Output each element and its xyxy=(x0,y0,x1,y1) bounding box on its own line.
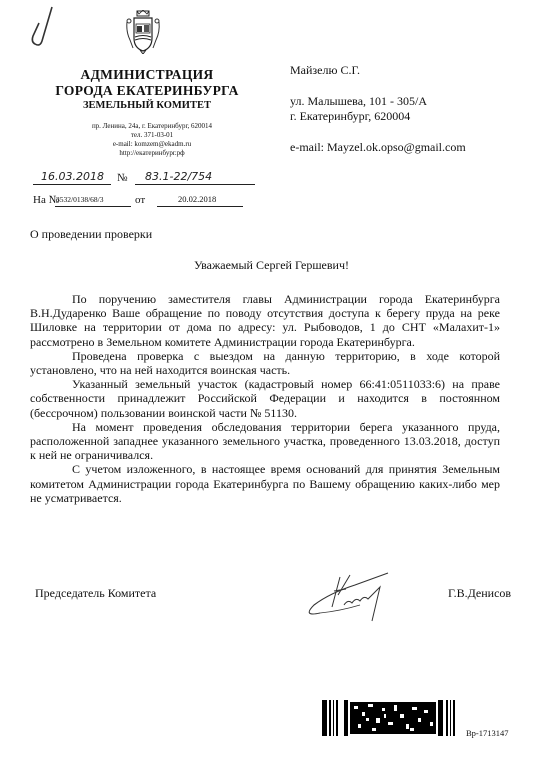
org-email: e-mail: komzem@ekadm.ru xyxy=(62,140,242,149)
ref-date: 20.02.2018 xyxy=(178,194,216,204)
body-paragraph: Проведена проверка с выездом на данную т… xyxy=(30,349,500,377)
outgoing-date: 16.03.2018 xyxy=(41,170,104,183)
recipient-email: e-mail: Mayzel.ok.opso@gmail.com xyxy=(290,140,466,155)
document-id: Вр-1713147 xyxy=(466,728,509,738)
pdf417-barcode-icon xyxy=(322,700,464,736)
signer-name: Г.В.Денисов xyxy=(448,586,511,601)
number-label: № xyxy=(117,172,128,184)
org-phone: тел. 371-03-01 xyxy=(62,131,242,140)
body-paragraph: На момент проведения обследования террит… xyxy=(30,420,500,463)
outgoing-registration-row: 16.03.2018 № 83.1-22/754 xyxy=(33,170,273,188)
department-name: ЗЕМЕЛЬНЫЙ КОМИТЕТ xyxy=(62,100,232,111)
reference-registration-row: На № 3532/0138/68/3 от 20.02.2018 xyxy=(33,192,273,210)
ref-from-label: от xyxy=(135,194,145,206)
city-coat-of-arms-icon xyxy=(125,10,161,54)
paperclip-mark-icon xyxy=(30,5,60,51)
handwritten-signature-icon xyxy=(300,565,420,625)
body-paragraph: Указанный земельный участок (кадастровый… xyxy=(30,377,500,420)
recipient-street: ул. Малышева, 101 - 305/А xyxy=(290,94,427,109)
org-address: пр. Ленина, 24а, г. Екатеринбург, 620014 xyxy=(62,122,242,131)
letter-body: По поручению заместителя главы Администр… xyxy=(30,292,500,505)
body-paragraph: По поручению заместителя главы Администр… xyxy=(30,292,500,349)
body-paragraph: С учетом изложенного, в настоящее время … xyxy=(30,462,500,505)
ref-number: 3532/0138/68/3 xyxy=(56,195,104,204)
org-website: http://екатеринбург.рф xyxy=(62,149,242,158)
letter-subject: О проведении проверки xyxy=(30,227,152,242)
org-name-line1: АДМИНИСТРАЦИЯ xyxy=(62,67,232,83)
recipient-name: Майзелю С.Г. xyxy=(290,63,360,78)
org-name-line2: ГОРОДА ЕКАТЕРИНБУРГА xyxy=(50,83,244,99)
outgoing-number: 83.1-22/754 xyxy=(145,170,212,183)
recipient-city: г. Екатеринбург, 620004 xyxy=(290,109,410,124)
signer-title: Председатель Комитета xyxy=(35,586,156,601)
letter-greeting: Уважаемый Сергей Гершевич! xyxy=(0,258,543,273)
